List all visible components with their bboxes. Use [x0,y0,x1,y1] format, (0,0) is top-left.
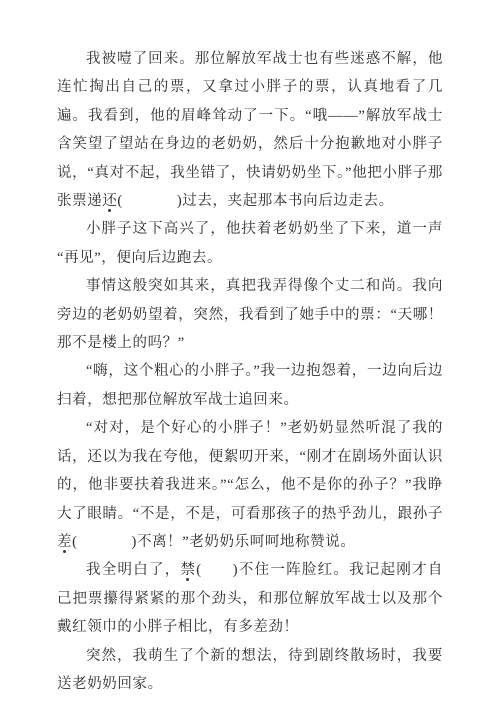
paragraph-1-text-after: 过去，夹起那本书向后边走去。 [182,193,393,209]
paragraph-2: 小胖子这下高兴了，他扶着老奶奶坐了下来，道一声“再见”，便向后边跑去。 [57,215,443,272]
paragraph-4: “嗨，这个粗心的小胖子。”我一边抱怨着，一边向后边扫着，想把那位解放军战士追回来… [57,357,443,414]
paragraph-5-text: “对对，是个好心的小胖子！”老奶奶显然听混了我的话，还以为我在夸他，便絮叨开来，… [57,420,443,521]
emphasized-char-huan: 还 [102,193,117,209]
paragraph-7-text: 突然，我萌生了个新的想法，待到剧终散场时，我要送老奶奶回家。 [57,648,443,692]
paragraph-1-text: 我被噎了回来。那位解放军战士也有些迷惑不解，他连忙掏出自己的票，又拿过小胖子的票… [57,51,443,209]
paren-open: ( [196,562,201,578]
paren-open: ( [72,534,77,550]
paragraph-2-text: 小胖子这下高兴了，他扶着老奶奶坐了下来，道一声“再见”，便向后边跑去。 [57,221,443,265]
emphasized-char-cha: 差 [57,534,72,550]
emphasized-char-jin: 禁 [181,562,197,578]
paragraph-1: 我被噎了回来。那位解放军战士也有些迷惑不解，他连忙掏出自己的票，又拿过小胖子的票… [57,45,443,215]
paragraph-7: 突然，我萌生了个新的想法，待到剧终散场时，我要送老奶奶回家。 [57,642,443,699]
paragraph-5: “对对，是个好心的小胖子！”老奶奶显然听混了我的话，还以为我在夸他，便絮叨开来，… [57,414,443,556]
paragraph-3-text: 事情这般突如其来，真把我弄得像个丈二和尚。我向旁边的老奶奶望着，突然，我看到了她… [57,278,443,351]
paragraph-3: 事情这般突如其来，真把我弄得像个丈二和尚。我向旁边的老奶奶望着，突然，我看到了她… [57,272,443,357]
paragraph-5-text-after: 不离！”老奶奶乐呵呵地称赞说。 [137,534,355,550]
paren-open: ( [117,193,122,209]
paragraph-6-text: 我全明白了， [86,562,181,578]
document-page: 我被噎了回来。那位解放军战士也有些迷惑不解，他连忙掏出自己的票，又拿过小胖子的票… [0,0,499,706]
paragraph-6: 我全明白了，禁()不住一阵脸红。我记起刚才自己把票攥得紧紧的那个劲头，和那位解放… [57,556,443,641]
paragraph-4-text: “嗨，这个粗心的小胖子。”我一边抱怨着，一边向后边扫着，想把那位解放军战士追回来… [57,363,443,407]
